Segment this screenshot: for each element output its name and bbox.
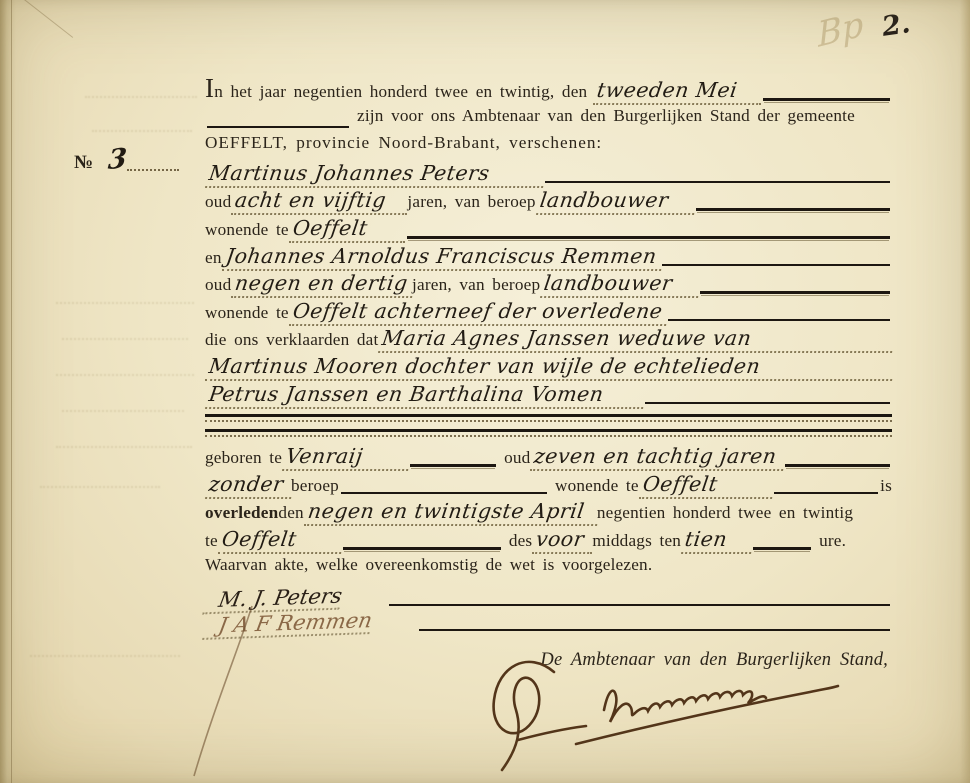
printed-ure: ure. [819, 531, 846, 551]
form-line-deceased-2: Martinus Mooren dochter van wijle de ech… [205, 354, 892, 382]
written-residence: Oeffelt [639, 472, 776, 499]
registrar-signature [458, 648, 878, 773]
act-number-dotted-line [127, 169, 179, 171]
witness2-signature-row: J A F Remmen [205, 611, 892, 636]
form-line-witness2-name: en Johannes Arnoldus Franciscus Remmen [205, 244, 892, 272]
form-line-date: In het jaar negentien honderd twee en tw… [205, 78, 892, 106]
written-day-part: voor [532, 527, 596, 554]
printed-overleden: overleden [205, 503, 278, 523]
written-hour: tien [681, 527, 755, 554]
written-deceased-parents: Petrus Janssen en Barthalina Vomen [205, 382, 647, 409]
written-witness1-occupation: landbouwer [536, 188, 698, 215]
rule-line [645, 402, 890, 405]
bleedthrough-mark [62, 410, 184, 412]
written-act-date: tweeden Mei [593, 78, 765, 105]
rule-line [785, 464, 890, 467]
printed-closing-phrase: Waarvan akte, welke overeenkomstig de we… [205, 555, 652, 575]
written-witness2-occupation: landbouwer [540, 271, 702, 298]
form-line-municipality: OEFFELT, provincie Noord-Brabant, versch… [205, 133, 892, 161]
rule-line [207, 126, 349, 129]
written-deceased-line2: Martinus Mooren dochter van wijle de ech… [205, 354, 896, 381]
form-line-officials: zijn voor ons Ambtenaar van den Burgerli… [205, 106, 892, 134]
printed-wonende-te: wonende te [205, 220, 289, 240]
printed-oud: oud [504, 448, 530, 468]
rule-line [419, 629, 890, 632]
written-occupation-prefix: zonder [205, 472, 295, 499]
rule-line [545, 181, 890, 184]
paper-corner-crease [17, 0, 73, 38]
rule-line [696, 208, 890, 211]
bleedthrough-mark [40, 486, 160, 488]
form-line-closing: Waarvan akte, welke overeenkomstig de we… [205, 555, 892, 583]
printed-des: des [509, 531, 533, 551]
written-witness2-residence: Oeffelt achterneef der overledene [289, 299, 670, 326]
rule-line [753, 547, 811, 550]
paper-left-edge [0, 0, 16, 783]
death-certificate-scan: Bp 2. № 3 In het jaar negentien honderd … [0, 0, 970, 783]
written-witness2-age: negen en dertig [231, 271, 415, 298]
page-number-ink: 2. [880, 8, 912, 43]
written-birthplace: Venraij [282, 444, 412, 471]
printed-declaration-phrase: die ons verklaarden dat [205, 330, 378, 350]
printed-oud: oud [205, 192, 231, 212]
rule-line [668, 319, 890, 322]
rule-line [407, 236, 890, 239]
corner-annotations: Bp 2. [817, 10, 910, 50]
written-deceased-name: Maria Agnes Janssen weduwe van [378, 326, 895, 353]
rule-line [410, 464, 496, 467]
witness1-signature-row: M. J. Peters [205, 586, 892, 611]
bleedthrough-mark [62, 338, 188, 340]
rule-line [774, 492, 878, 495]
printed-jaren-beroep: jaren, van beroep [412, 275, 540, 295]
bleedthrough-mark [30, 655, 180, 657]
bleedthrough-mark [56, 302, 194, 304]
form-line-witness1-residence: wonende te Oeffelt [205, 216, 892, 244]
certificate-form: In het jaar negentien honderd twee en tw… [205, 78, 892, 671]
form-line-occupation: zonder beroep wonende te Oeffelt is [205, 472, 892, 500]
paper-right-edge [960, 0, 970, 783]
form-line-birth: geboren te Venraij oud zeven en tachtig … [205, 444, 892, 472]
drop-capital: I [205, 73, 214, 103]
written-deceased-age: zeven en tachtig jaren [530, 444, 787, 471]
printed-beroep: beroep [291, 476, 339, 496]
written-death-place: Oeffelt [218, 527, 345, 554]
form-line-death-place-time: te Oeffelt des voor middags ten tien ure… [205, 527, 892, 555]
rule-line [341, 492, 547, 495]
separator-rule [205, 429, 892, 437]
bleedthrough-mark [56, 374, 194, 376]
printed-middags-ten: middags ten [592, 531, 681, 551]
written-witness1-residence: Oeffelt [289, 216, 409, 243]
printed-wonende-te: wonende te [205, 303, 289, 323]
printed-jaren-beroep: jaren, van beroep [407, 192, 535, 212]
printed-officials-phrase: zijn voor ons Ambtenaar van den Burgerli… [357, 106, 855, 126]
rule-line [763, 98, 890, 101]
printed-year-phrase: n het jaar negentien honderd twee en twi… [214, 82, 587, 101]
form-line-declaration: die ons verklaarden dat Maria Agnes Jans… [205, 326, 892, 354]
rule-line [389, 604, 890, 607]
printed-wonende-te: wonende te [555, 476, 639, 496]
witness2-signature: J A F Remmen [202, 608, 374, 640]
written-witness1-age: acht en vijftig [231, 188, 411, 215]
rule-line [700, 291, 890, 294]
form-line-deceased-parents: Petrus Janssen en Barthalina Vomen [205, 382, 892, 410]
form-line-witness2-age: oud negen en dertig jaren, van beroep la… [205, 271, 892, 299]
paper-left-crease [11, 0, 12, 783]
act-number-block: № 3 [74, 144, 179, 175]
printed-municipality: OEFFELT, provincie Noord-Brabant, versch… [205, 133, 602, 153]
pencil-monogram: Bp [816, 4, 864, 56]
form-line-witness2-residence: wonende te Oeffelt achterneef der overle… [205, 299, 892, 327]
bleedthrough-mark [56, 446, 192, 448]
written-witness1-name: Martinus Johannes Peters [205, 161, 547, 188]
printed-den: den [278, 503, 303, 523]
rule-line [662, 264, 890, 267]
printed-te: te [205, 531, 218, 551]
form-line-witness1-name: Martinus Johannes Peters [205, 161, 892, 189]
printed-year-words: negentien honderd twee en twintig [597, 503, 853, 523]
bleedthrough-mark [92, 130, 192, 132]
printed-geboren-te: geboren te [205, 448, 282, 468]
written-death-date: negen en twintigste April [304, 499, 601, 526]
numero-label: № [74, 152, 94, 174]
rule-line [343, 547, 501, 550]
form-line-death-date: overleden den negen en twintigste April … [205, 499, 892, 527]
printed-oud: oud [205, 275, 231, 295]
printed-is: is [880, 476, 892, 496]
form-line-witness1-age: oud acht en vijftig jaren, van beroep la… [205, 188, 892, 216]
bleedthrough-mark [85, 96, 197, 98]
separator-rule [205, 414, 892, 422]
act-number-value: 3 [107, 143, 128, 176]
written-witness2-name: Johannes Arnoldus Franciscus Remmen [222, 244, 664, 271]
printed-en: en [205, 248, 222, 268]
